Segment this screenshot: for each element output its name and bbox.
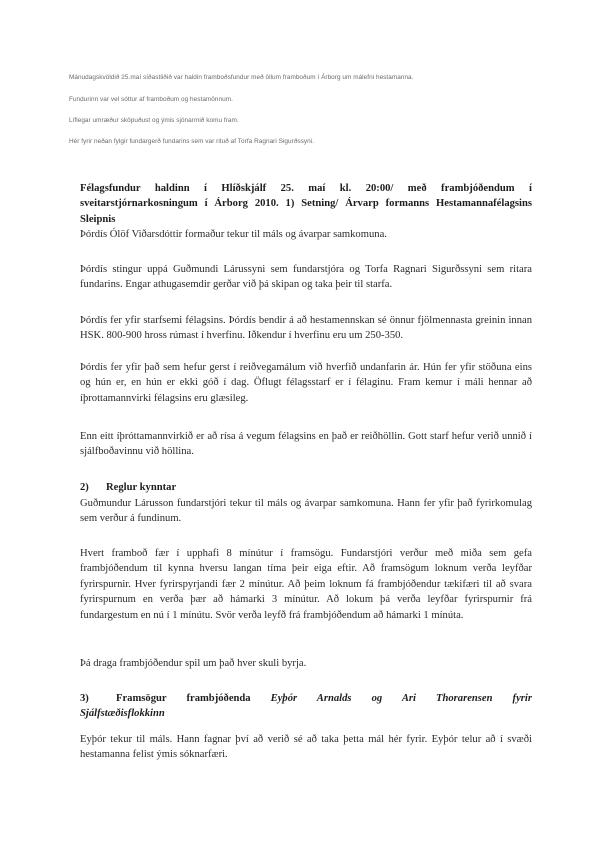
paragraph-appointments: Þórdís stingur uppá Guðmundi Lárussyni s… (80, 262, 532, 293)
intro-line-1: Mánudagskvöldið 25.maí síðastliðið var h… (69, 74, 539, 81)
section-3-heading: 3)Framsögur frambjóðenda Eyþór Arnalds o… (80, 691, 532, 722)
section-2-heading: 2)Reglur kynntar (80, 480, 532, 495)
paragraph-candidate-speech: Eyþór tekur til máls. Hann fagnar því að… (80, 732, 532, 763)
intro-line-4: Hér fyrir neðan fylgir fundargerð fundar… (69, 138, 539, 145)
document-page: Mánudagskvöldið 25.maí síðastliðið var h… (0, 0, 595, 841)
intro-line-3: Líflegar umræður sköpuðust og ýmis sjóna… (69, 117, 539, 124)
section-3-title: Framsögur frambjóðenda (116, 693, 251, 704)
paragraph-activities: Þórdís fer yfir starfsemi félagsins. Þór… (80, 313, 532, 344)
paragraph-riding-paths: Þórdís fer yfir það sem hefur gerst í re… (80, 360, 532, 406)
paragraph-opening: Þórdís Ólöf Viðarsdóttir formaður tekur … (80, 227, 532, 242)
meeting-heading: Félagsfundur haldinn í Hlíðskjálf 25. ma… (80, 181, 532, 227)
paragraph-rules-intro: Guðmundur Lárusson fundarstjóri tekur ti… (80, 496, 532, 527)
paragraph-rules: Hvert framboð fær í upphafi 8 mínútur í … (80, 546, 532, 623)
section-2-number: 2) (80, 480, 106, 495)
paragraph-draw: Þá draga frambjóðendur spil um það hver … (80, 656, 532, 671)
intro-line-2: Fundurinn var vel sóttur af framboðum og… (69, 96, 539, 103)
section-3-number: 3) (80, 691, 116, 706)
paragraph-riding-hall: Enn eitt íþróttamannvirkið er að rísa á … (80, 429, 532, 460)
section-2-title: Reglur kynntar (106, 482, 176, 493)
